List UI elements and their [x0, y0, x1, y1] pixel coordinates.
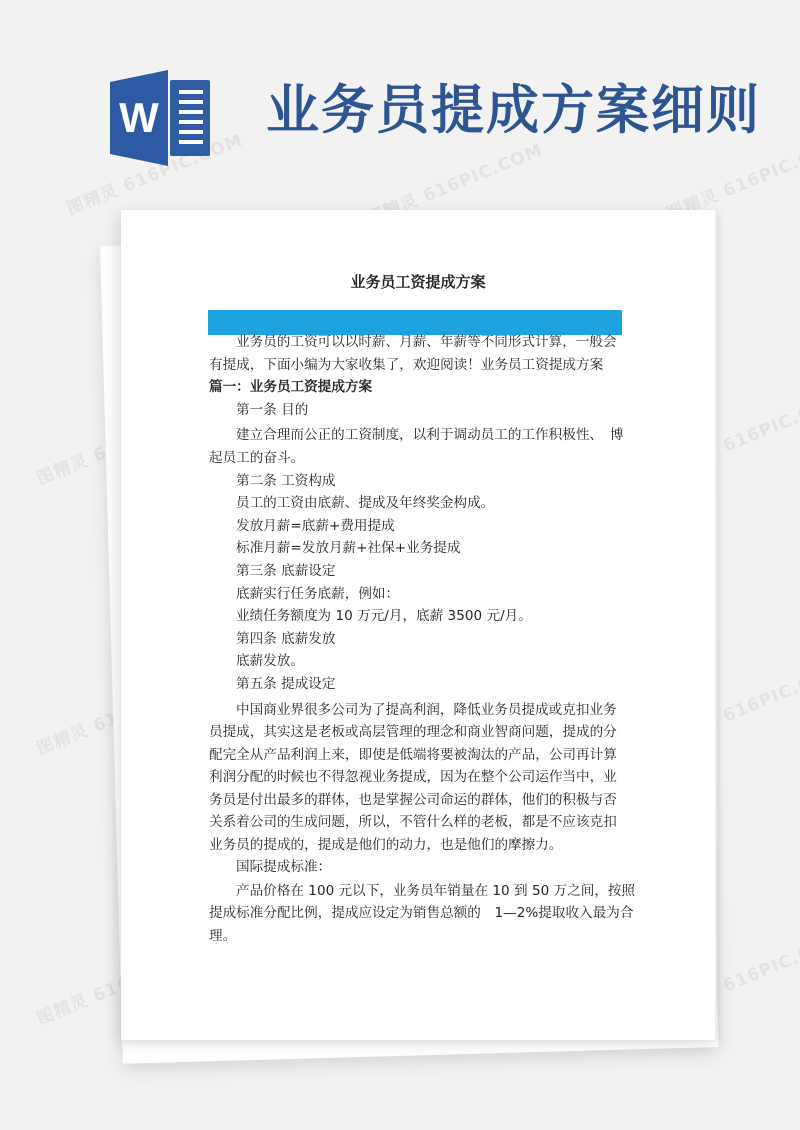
paragraph-line: 有提成，下面小编为大家收集了，欢迎阅读！业务员工资提成方案 — [209, 354, 623, 377]
document-title: 业务员工资提成方案 — [121, 272, 715, 292]
paragraph-line: 关系着公司的生成问题，所以，不管什么样的老板，都是不应该克扣 — [209, 811, 623, 834]
paragraph-line: 理。 — [209, 925, 623, 948]
article-heading: 第一条 目的 — [209, 399, 623, 422]
article-heading: 第四条 底薪发放 — [209, 628, 623, 651]
paragraph-line: 底薪实行任务底薪，例如： — [209, 583, 623, 606]
paragraph-line: 起员工的奋斗。 — [209, 447, 623, 470]
paragraph-line: 产品价格在 100 元以下，业务员年销量在 10 到 50 万之间，按照 — [209, 880, 623, 903]
paragraph-line: 业务员的提成的，提成是他们的动力，也是他们的摩擦力。 — [209, 834, 623, 857]
formula-line: 发放月薪=底薪+费用提成 — [209, 515, 623, 538]
svg-text:W: W — [119, 94, 159, 141]
article-heading: 第五条 提成设定 — [209, 673, 623, 696]
paragraph-line: 底薪发放。 — [209, 650, 623, 673]
paragraph-line: 配完全从产品利润上来，即使是低端将要被淘汰的产品，公司再计算 — [209, 744, 623, 767]
paragraph-line: 务员是付出最多的群体，也是掌握公司命运的群体，他们的积极与否 — [209, 789, 623, 812]
paragraph-line: 业绩任务额度为 10 万元/月，底薪 3500 元/月。 — [209, 605, 623, 628]
banner-title: 业务员提成方案细则 — [266, 78, 761, 142]
article-heading: 第三条 底薪设定 — [209, 560, 623, 583]
article-heading: 第二条 工资构成 — [209, 470, 623, 493]
formula-line: 标准月薪=发放月薪+社保+业务提成 — [209, 537, 623, 560]
paragraph-line: 员工的工资由底薪、提成及年终奖金构成。 — [209, 492, 623, 515]
document-body: 业务员的工资可以以时薪、月薪、年薪等不同形式计算，一般会 有提成，下面小编为大家… — [209, 331, 623, 947]
paragraph-line: 业务员的工资可以以时薪、月薪、年薪等不同形式计算，一般会 — [209, 331, 623, 354]
paragraph-line: 建立合理而公正的工资制度，以利于调动员工的工作积极性、 博 — [209, 424, 623, 447]
paragraph-line: 中国商业界很多公司为了提高利润，降低业务员提成或克扣业务 — [209, 699, 623, 722]
word-document-icon: W — [110, 70, 215, 166]
section-heading: 篇一：业务员工资提成方案 — [209, 376, 623, 399]
document-page: 业务员工资提成方案 业务员的工资可以以时薪、月薪、年薪等不同形式计算，一般会 有… — [121, 210, 717, 1040]
header-banner: W 业务员提成方案细则 — [0, 0, 800, 200]
paragraph-line: 提成标准分配比例，提成应设定为销售总额的 1—2%提取收入最为合 — [209, 902, 623, 925]
paragraph-line: 员提成，其实这是老板或高层管理的理念和商业智商问题，提成的分 — [209, 721, 623, 744]
paragraph-line: 利润分配的时候也不得忽视业务提成，因为在整个公司运作当中，业 — [209, 766, 623, 789]
paragraph-line: 国际提成标准： — [209, 857, 623, 877]
